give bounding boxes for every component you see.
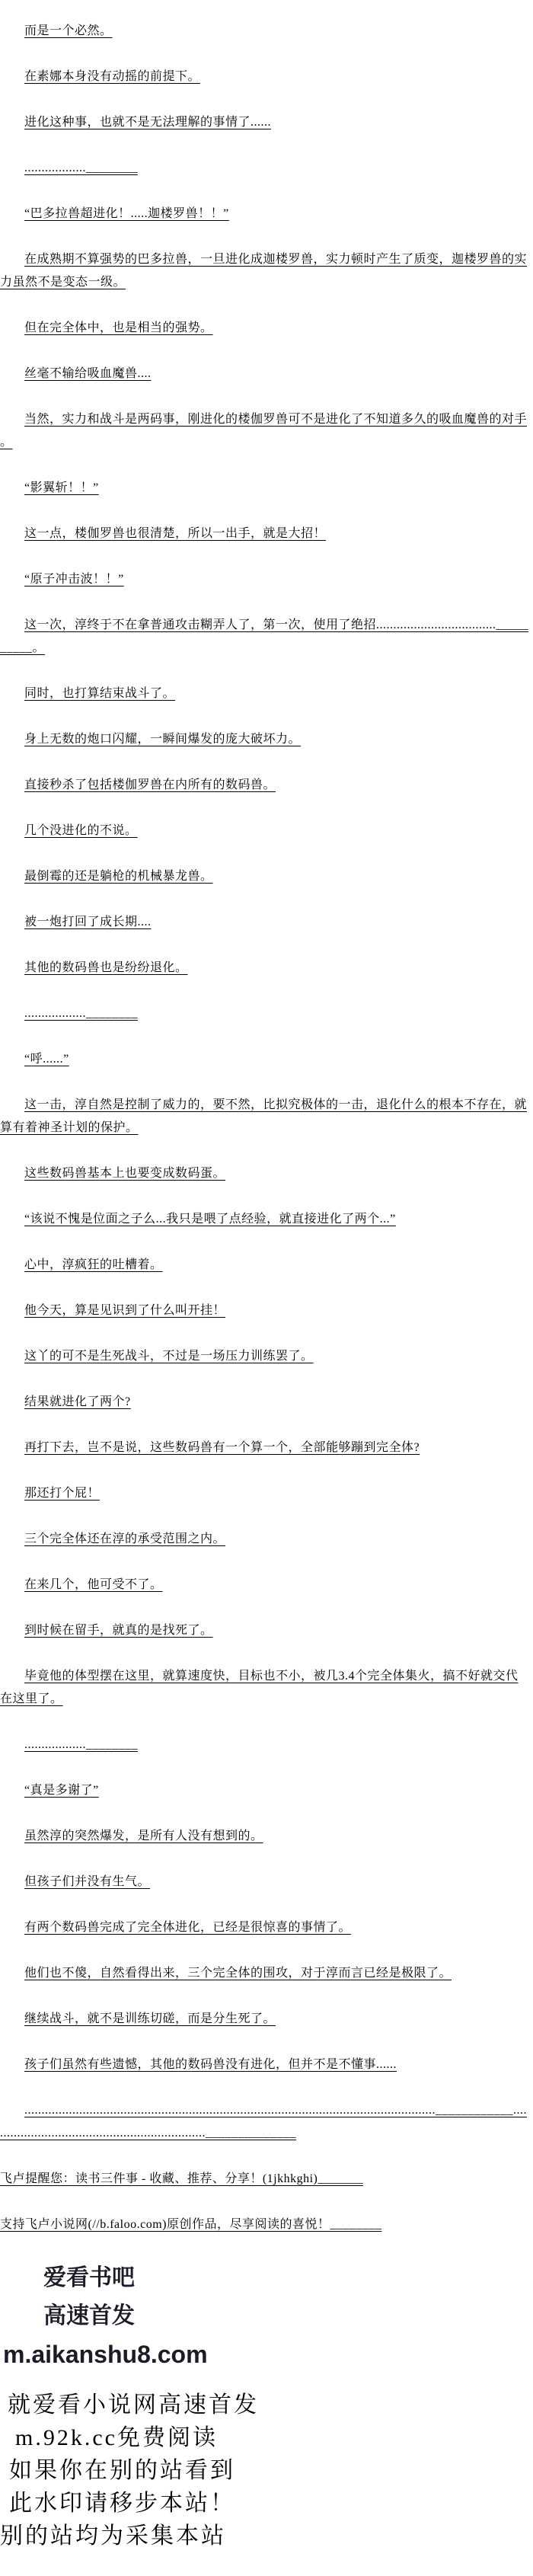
paragraph: 有两个数码兽完成了完全体进化，已经是很惊喜的事情了。: [0, 1916, 529, 1939]
novel-text: 而是一个必然。在素娜本身没有动摇的前提下。进化这种事，也就不是无法理解的事情了.…: [0, 0, 533, 2236]
watermark-bold-line: 爱看书吧: [0, 2259, 533, 2297]
paragraph: 虽然淳的突然爆发，是所有人没有想到的。: [0, 1825, 529, 1848]
paragraph: 飞卢提醒您：读书三件事 - 收藏、推荐、分享！(1jkhkghi)_______: [0, 2168, 529, 2191]
watermark-serif-line: m.92k.cc免费阅读: [0, 2421, 533, 2454]
paragraph: 在素娜本身没有动摇的前提下。: [0, 66, 529, 88]
watermark-serif-line: 就爱看小说网高速首发: [0, 2389, 533, 2421]
site-watermark-bold: 爱看书吧高速首发m.aikanshu8.com: [0, 2259, 533, 2373]
paragraph: ........................................…: [0, 2099, 529, 2145]
paragraph: 再打下去，岂不是说，这些数码兽有一个算一个，全部能够蹦到完全体?: [0, 1437, 529, 1459]
paragraph: 到时候在留手，就真的是找死了。: [0, 1619, 529, 1642]
paragraph: 在成熟期不算强势的巴多拉兽，一旦进化成迦楼罗兽，实力顿时产生了质变，迦楼罗兽的实…: [0, 248, 529, 294]
watermark-serif-line: 此水印请移步本站！: [0, 2487, 533, 2520]
paragraph: 那还打个屁！: [0, 1482, 529, 1505]
paragraph: 支持飞卢小说网(//b.faloo.com)原创作品，尽享阅读的喜悦！_____…: [0, 2213, 529, 2236]
paragraph: 这一次，淳终于不在拿普通攻击糊弄人了，第一次，使用了绝招............…: [0, 614, 529, 660]
paragraph: ..................________: [0, 157, 529, 180]
paragraph: 最倒霉的还是躺枪的机械暴龙兽。: [0, 865, 529, 888]
paragraph: 而是一个必然。: [0, 20, 529, 43]
paragraph: 这一击，淳自然是控制了威力的，要不然，比拟究极体的一击，退化什么的根本不存在，就…: [0, 1094, 529, 1139]
paragraph: 被一炮打回了成长期....: [0, 911, 529, 934]
paragraph: 在来几个，他可受不了。: [0, 1574, 529, 1596]
paragraph: 这些数码兽基本上也要变成数码蛋。: [0, 1162, 529, 1185]
paragraph: 同时，也打算结束战斗了。: [0, 682, 529, 705]
paragraph: 三个完全体还在淳的承受范围之内。: [0, 1528, 529, 1551]
paragraph: 但孩子们并没有生气。: [0, 1871, 529, 1894]
paragraph: 这一点，楼伽罗兽也很清楚，所以一出手，就是大招！: [0, 523, 529, 545]
paragraph: 几个没进化的不说。: [0, 820, 529, 842]
paragraph: ..................________: [0, 1002, 529, 1025]
watermark-serif-line: 如果你在别的站看到: [0, 2454, 533, 2487]
paragraph: 他们也不傻，自然看得出来，三个完全体的围攻，对于淳而言已经是极限了。: [0, 1962, 529, 1985]
paragraph: “该说不愧是位面之子么...我只是喂了点经验，就直接进化了两个...”: [0, 1208, 529, 1231]
paragraph: “巴多拉兽超进化！.....迦楼罗兽！！”: [0, 203, 529, 225]
watermark-bold-line: 高速首发: [0, 2297, 533, 2335]
novel-page: 而是一个必然。在素娜本身没有动摇的前提下。进化这种事，也就不是无法理解的事情了.…: [0, 0, 533, 2576]
paragraph: 结果就进化了两个?: [0, 1391, 529, 1414]
paragraph: 丝毫不输给吸血魔兽....: [0, 363, 529, 385]
paragraph: 进化这种事，也就不是无法理解的事情了......: [0, 111, 529, 134]
paragraph: “原子冲击波！！”: [0, 568, 529, 591]
paragraph: 当然，实力和战斗是两码事，刚进化的楼伽罗兽可不是进化了不知道多久的吸血魔兽的对手…: [0, 408, 529, 454]
paragraph: 他今天，算是见识到了什么叫开挂！: [0, 1299, 529, 1322]
paragraph: ..................________: [0, 1734, 529, 1756]
paragraph: 直接秒杀了包括楼伽罗兽在内所有的数码兽。: [0, 774, 529, 797]
paragraph: “真是多谢了”: [0, 1779, 529, 1802]
paragraph: 这丫的可不是生死战斗，不过是一场压力训练罢了。: [0, 1345, 529, 1368]
paragraph: “影翼斩！！”: [0, 477, 529, 500]
watermark-site-url: m.aikanshu8.com: [0, 2335, 533, 2373]
paragraph: 毕竟他的体型摆在这里，就算速度快，目标也不小，被几3.4个完全体集火，搞不好就交…: [0, 1665, 529, 1711]
paragraph: 身上无数的炮口闪耀，一瞬间爆发的庞大破坏力。: [0, 728, 529, 751]
paragraph: 其他的数码兽也是纷纷退化。: [0, 957, 529, 980]
paragraph: “呼......”: [0, 1048, 529, 1071]
watermark-serif-line: 别的站均为采集本站: [0, 2520, 533, 2552]
paragraph: 继续战斗，就不是训练切磋，而是分生死了。: [0, 2008, 529, 2031]
site-watermark-serif: 就爱看小说网高速首发m.92k.cc免费阅读如果你在别的站看到此水印请移步本站！…: [0, 2389, 533, 2552]
paragraph: 心中，淳疯狂的吐槽着。: [0, 1254, 529, 1277]
paragraph: 孩子们虽然有些遗憾，其他的数码兽没有进化，但并不是不懂事......: [0, 2053, 529, 2076]
paragraph: 但在完全体中，也是相当的强势。: [0, 317, 529, 340]
